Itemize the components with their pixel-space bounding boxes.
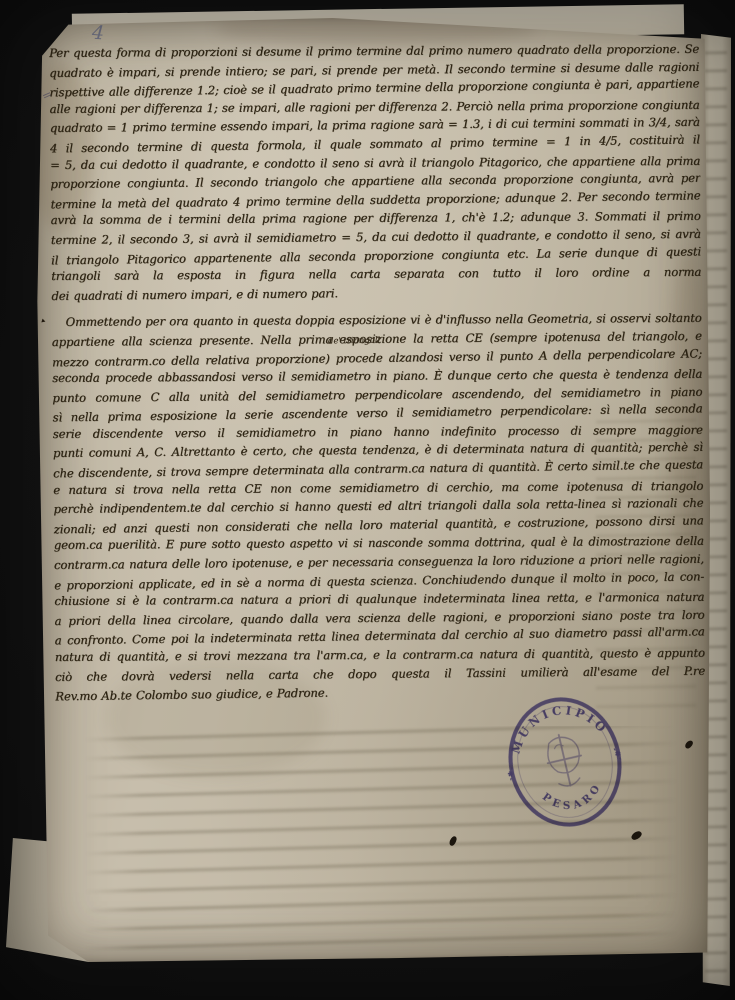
manuscript-line: = 5, da cui dedotto il quadrante, e cond… bbox=[50, 151, 700, 174]
manuscript-line: alle ragioni per differenza 1; se impari… bbox=[50, 96, 700, 119]
interlinear-insertion: de' triangoli bbox=[328, 336, 380, 347]
stamp-crest bbox=[542, 731, 587, 790]
manuscript-photo: 4 = ‣ Per questa forma di proporzioni si… bbox=[0, 0, 735, 1000]
page-number-annotation: 4 bbox=[91, 22, 105, 45]
stamp-left-mark: -✱- bbox=[506, 766, 516, 781]
verso-bleedthrough bbox=[596, 408, 696, 708]
stamp-right-mark: -✱- bbox=[610, 746, 625, 763]
manuscript-page: 4 = ‣ Per questa forma di proporzioni si… bbox=[36, 18, 710, 962]
margin-paragraph-mark: ‣ bbox=[38, 314, 48, 328]
paragraph-1: Per questa forma di proporzioni si desum… bbox=[49, 39, 701, 306]
